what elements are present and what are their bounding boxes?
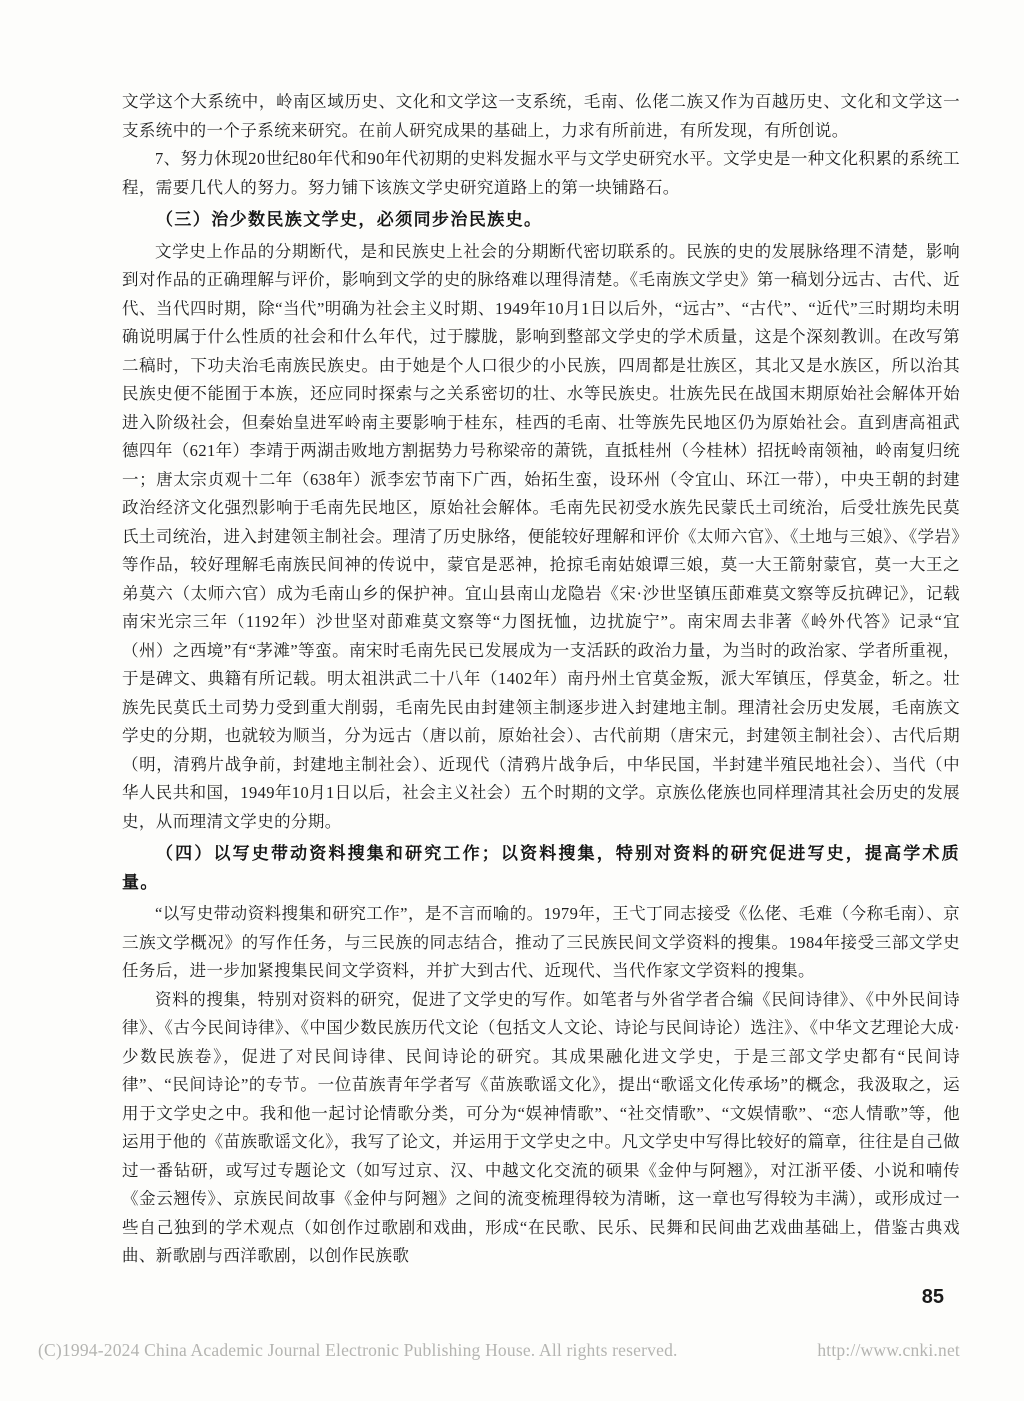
paragraph: 资料的搜集，特别对资料的研究，促进了文学史的写作。如笔者与外省学者合编《民间诗律…: [122, 986, 960, 1271]
paragraph: 文学这个大系统中，岭南区域历史、文化和文学这一支系统，毛南、仫佬二族又作为百越历…: [122, 88, 960, 145]
paragraph: “以写史带动资料搜集和研究工作”，是不言而喻的。1979年，王弋丁同志接受《仫佬…: [122, 900, 960, 986]
section-heading: （三）治少数民族文学史，必须同步治民族史。: [122, 206, 960, 235]
text-block: 文学这个大系统中，岭南区域历史、文化和文学这一支系统，毛南、仫佬二族又作为百越历…: [122, 88, 960, 1271]
scanned-journal-page: 文学这个大系统中，岭南区域历史、文化和文学这一支系统，毛南、仫佬二族又作为百越历…: [0, 0, 1024, 1401]
copyright-text: (C)1994-2024 China Academic Journal Elec…: [38, 1340, 678, 1361]
section-heading: （四）以写史带动资料搜集和研究工作；以资料搜集，特别对资料的研究促进写史，提高学…: [122, 840, 960, 897]
footer-url: http://www.cnki.net: [817, 1340, 960, 1361]
copyright-footer: (C)1994-2024 China Academic Journal Elec…: [38, 1340, 960, 1361]
paragraph: 7、努力休现20世纪80年代和90年代初期的史料发掘水平与文学史研究水平。文学史…: [122, 145, 960, 202]
paragraph: 文学史上作品的分期断代，是和民族史上社会的分期断代密切联系的。民族的史的发展脉络…: [122, 238, 960, 837]
page-number: 85: [922, 1286, 944, 1309]
